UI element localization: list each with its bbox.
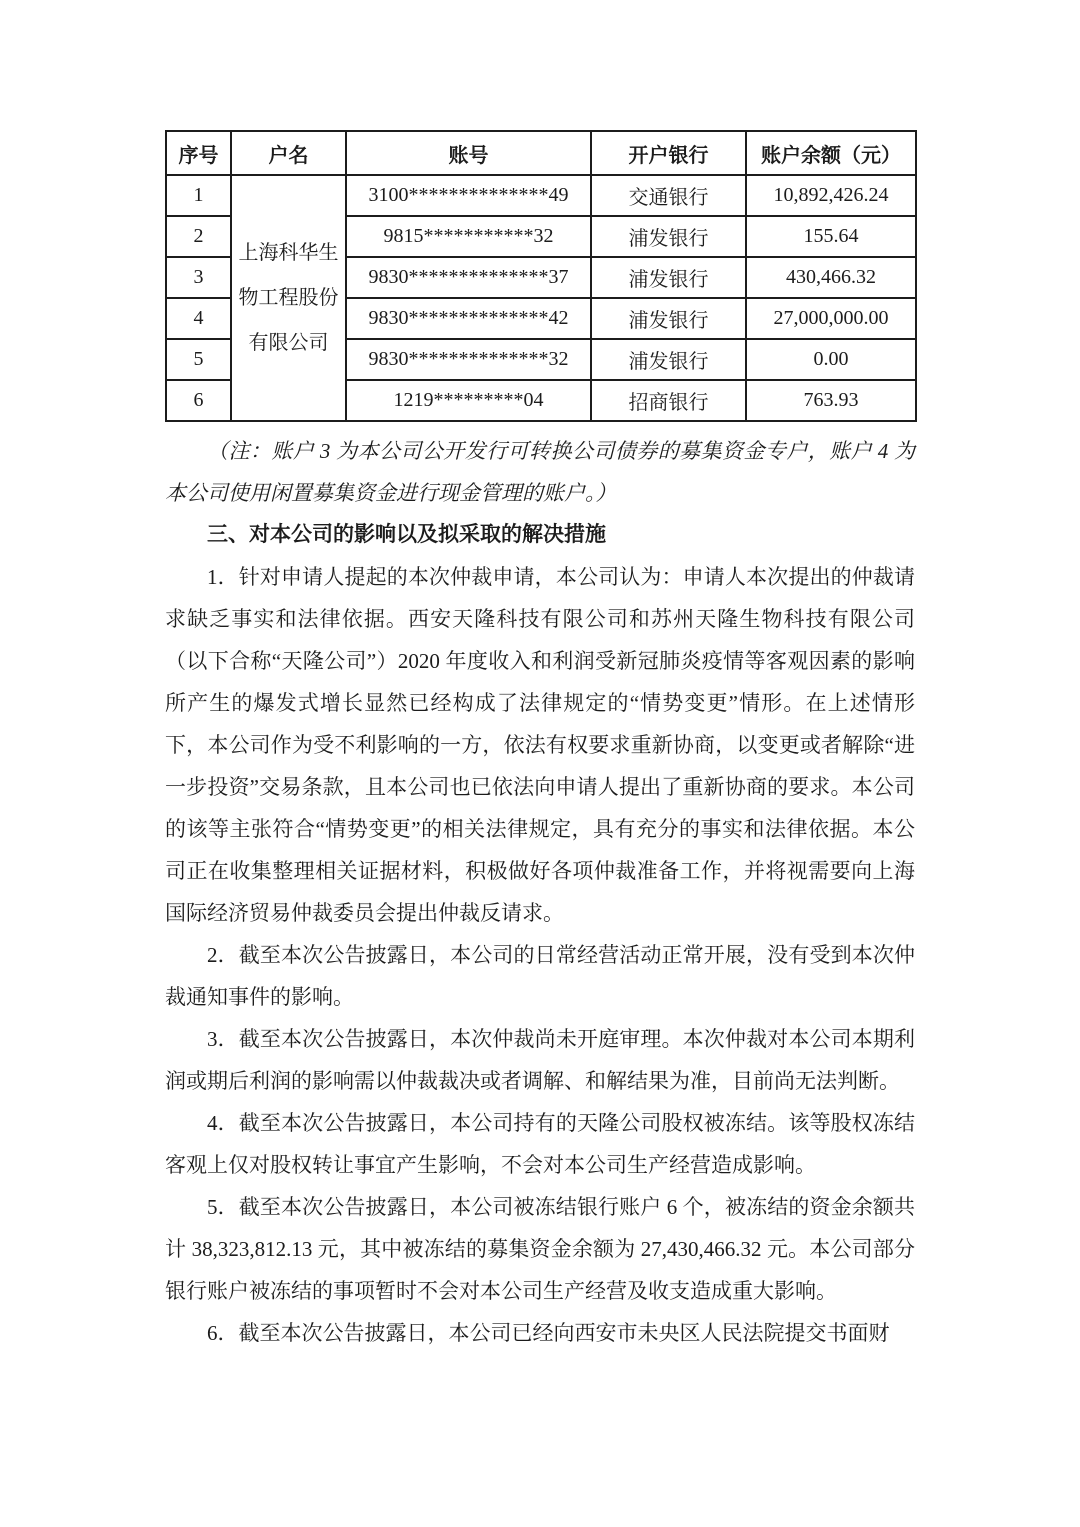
cell-bank: 交通银行 (591, 175, 746, 216)
body-text: （注：账户 3 为本公司公开发行可转换公司债券的募集资金专户，账户 4 为本公司… (165, 430, 915, 1354)
cell-account: 9830**************37 (346, 257, 591, 298)
paragraph-5: 5．截至本次公告披露日，本公司被冻结银行账户 6 个，被冻结的资金余额共计 38… (165, 1186, 915, 1312)
document-content: 序号 户名 账号 开户银行 账户余额（元） 1 上海科华生物工程股份有限公司 3… (165, 130, 915, 1354)
cell-account: 9830**************42 (346, 298, 591, 339)
col-header-name: 户名 (231, 131, 346, 175)
cell-index: 2 (166, 216, 231, 257)
col-header-account: 账号 (346, 131, 591, 175)
cell-balance: 10,892,426.24 (746, 175, 916, 216)
paragraph-3: 3．截至本次公告披露日，本次仲裁尚未开庭审理。本次仲裁对本公司本期利润或期后利润… (165, 1018, 915, 1102)
section-heading: 三、对本公司的影响以及拟采取的解决措施 (165, 514, 915, 556)
cell-bank: 浦发银行 (591, 298, 746, 339)
cell-bank: 招商银行 (591, 380, 746, 421)
cell-balance: 27,000,000.00 (746, 298, 916, 339)
cell-balance: 0.00 (746, 339, 916, 380)
cell-bank: 浦发银行 (591, 257, 746, 298)
cell-bank: 浦发银行 (591, 216, 746, 257)
col-header-index: 序号 (166, 131, 231, 175)
col-header-bank: 开户银行 (591, 131, 746, 175)
cell-index: 3 (166, 257, 231, 298)
cell-index: 1 (166, 175, 231, 216)
cell-index: 4 (166, 298, 231, 339)
cell-index: 6 (166, 380, 231, 421)
cell-index: 5 (166, 339, 231, 380)
cell-account: 9815***********32 (346, 216, 591, 257)
cell-bank: 浦发银行 (591, 339, 746, 380)
cell-account: 3100**************49 (346, 175, 591, 216)
paragraph-6: 6．截至本次公告披露日，本公司已经向西安市未央区人民法院提交书面财 (165, 1312, 915, 1354)
table-row: 1 上海科华生物工程股份有限公司 3100**************49 交通… (166, 175, 916, 216)
cell-account-name: 上海科华生物工程股份有限公司 (231, 175, 346, 421)
table-header-row: 序号 户名 账号 开户银行 账户余额（元） (166, 131, 916, 175)
table-note: （注：账户 3 为本公司公开发行可转换公司债券的募集资金专户，账户 4 为本公司… (165, 430, 915, 514)
paragraph-1: 1．针对申请人提起的本次仲裁申请，本公司认为：申请人本次提出的仲裁请求缺乏事实和… (165, 556, 915, 934)
cell-balance: 763.93 (746, 380, 916, 421)
cell-balance: 155.64 (746, 216, 916, 257)
document-page: 序号 户名 账号 开户银行 账户余额（元） 1 上海科华生物工程股份有限公司 3… (0, 0, 1080, 1527)
paragraph-2: 2．截至本次公告披露日，本公司的日常经营活动正常开展，没有受到本次仲裁通知事件的… (165, 934, 915, 1018)
paragraph-4: 4．截至本次公告披露日，本公司持有的天隆公司股权被冻结。该等股权冻结客观上仅对股… (165, 1102, 915, 1186)
cell-account: 9830**************32 (346, 339, 591, 380)
cell-balance: 430,466.32 (746, 257, 916, 298)
frozen-accounts-table: 序号 户名 账号 开户银行 账户余额（元） 1 上海科华生物工程股份有限公司 3… (165, 130, 917, 422)
cell-account: 1219*********04 (346, 380, 591, 421)
col-header-balance: 账户余额（元） (746, 131, 916, 175)
